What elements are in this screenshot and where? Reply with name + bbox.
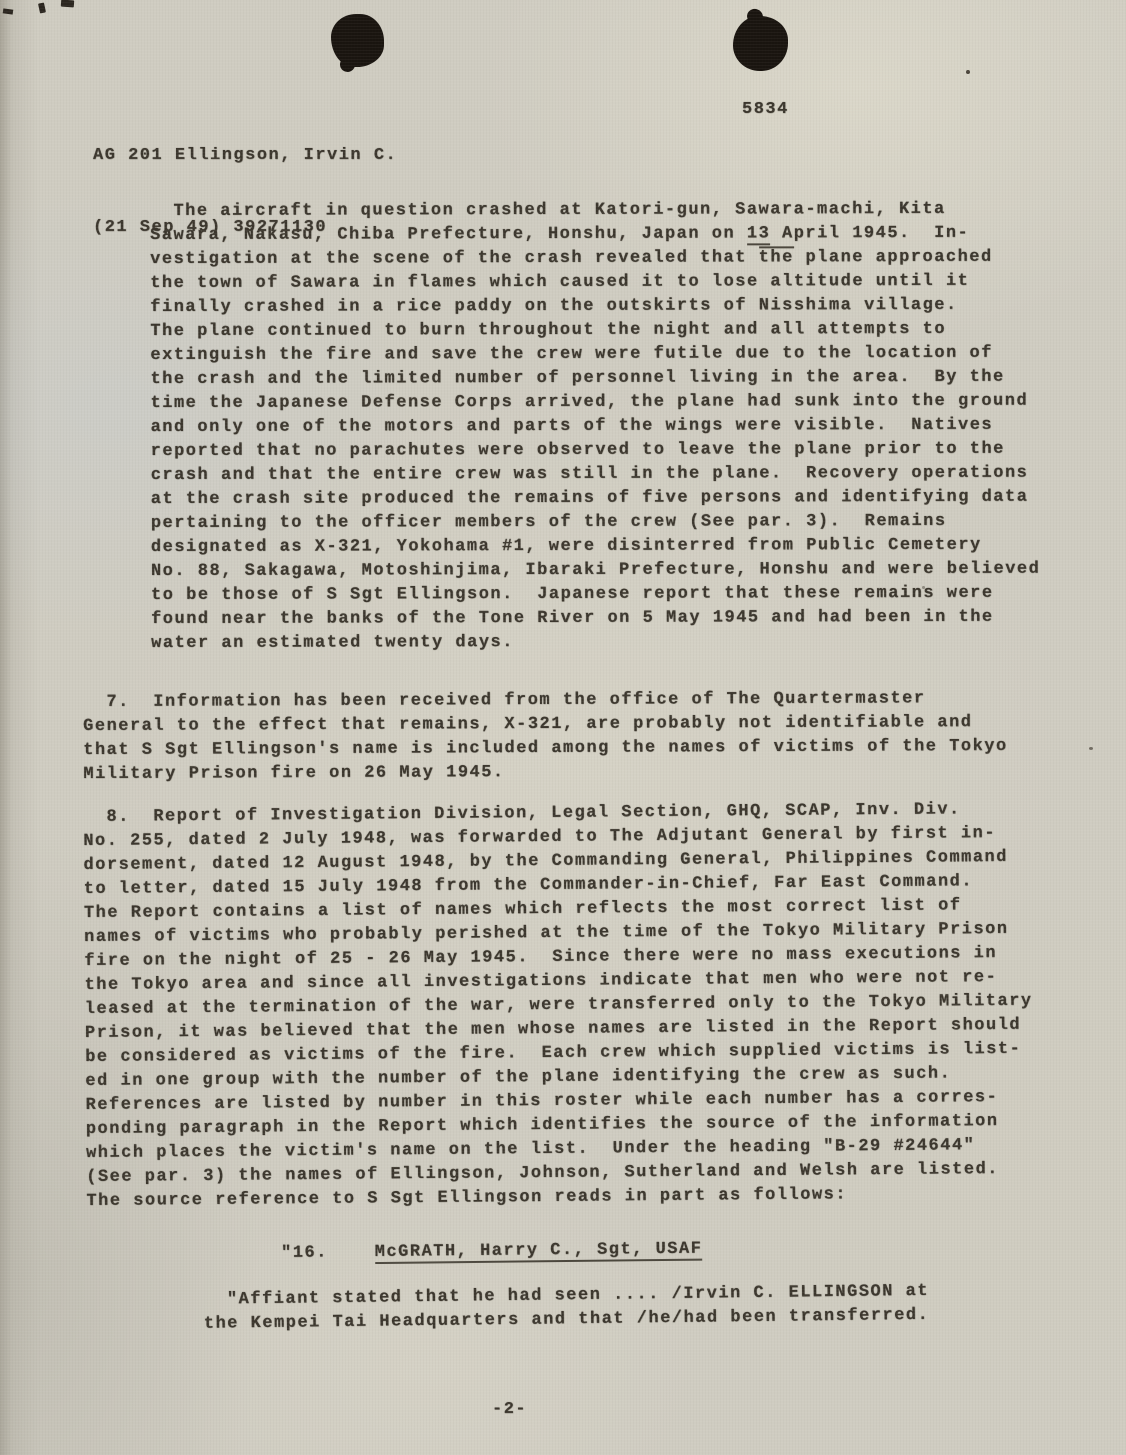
quote-source-heading: "16. McGRATH, Harry C., Sgt, USAF [281,1238,703,1266]
quote-affiant-statement: "Affiant stated that he had seen .... /I… [180,1280,929,1337]
scanned-document-page: AG 201 Ellingson, Irvin C. (21 Sep 49) 3… [0,0,1126,1455]
document-number: 5834 [742,98,789,122]
paragraph-8: 8. Report of Investigation Division, Leg… [83,798,1034,1214]
reference-line-1: AG 201 Ellingson, Irvin C. [93,144,397,168]
staple-mark [3,8,14,14]
paragraph-6-continuation: The aircraft in question crashed at Kato… [150,198,1041,656]
paper-speck [966,70,970,74]
staple-mark [61,0,74,7]
paper-speck [1089,747,1093,750]
hole-punch-right [733,16,788,71]
staple-mark [38,2,46,13]
paragraph-7: 7. Information has been received from th… [83,687,1008,787]
page-number: -2- [492,1398,527,1422]
hole-punch-left [331,14,384,67]
